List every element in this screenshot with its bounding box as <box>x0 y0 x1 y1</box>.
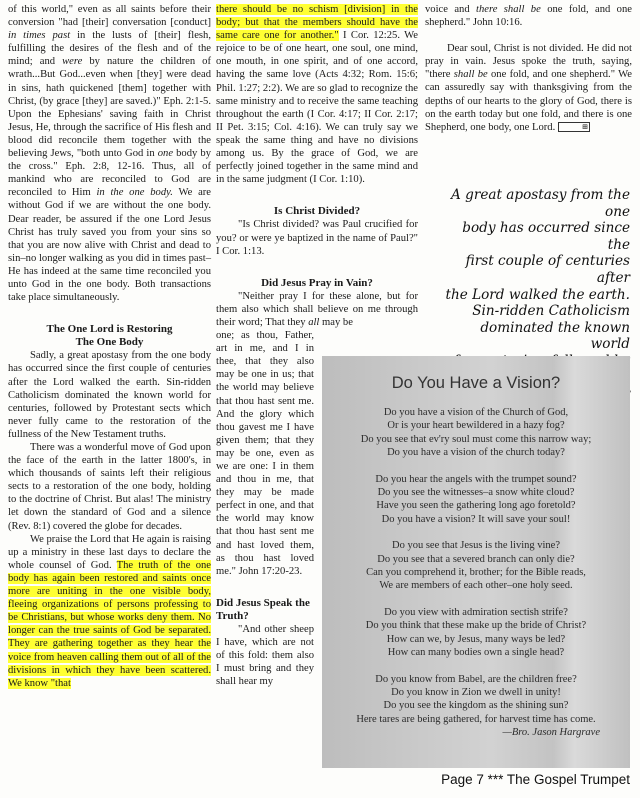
text-run: voice and <box>425 4 476 15</box>
poem-line: How can we, by Jesus, many ways be led? <box>322 633 630 646</box>
text-run-italic: were <box>62 56 82 67</box>
paragraph-praise: We praise the Lord that He again is rais… <box>8 533 211 690</box>
poem-line: Do you see that a severed branch can onl… <box>322 553 630 566</box>
paragraph-ephesians: of this world," even as all saints befor… <box>8 3 211 304</box>
poem-title: Do You Have a Vision? <box>322 374 630 393</box>
poem-line: Do you know in Zion we dwell in unity! <box>322 686 630 699</box>
paragraph-other-sheep: "And other sheep I have, which are not o… <box>216 623 314 688</box>
poem-line: How can many bodies own a single head? <box>322 646 630 659</box>
poem-stanza: Do you view with admiration sectish stri… <box>322 606 630 660</box>
text-run: of this world," even as all saints befor… <box>8 4 211 28</box>
poem-line: Or is your heart bewildered in a hazy fo… <box>322 419 630 432</box>
poem-author: —Bro. Jason Hargrave <box>322 727 630 738</box>
poem-line: Do you see the kingdom as the shining su… <box>322 699 630 712</box>
end-of-article-icon: ⊞ <box>558 122 590 132</box>
poem-line: Can you comprehend it, brother; for the … <box>322 566 630 579</box>
poem-line: Do you see that Jesus is the living vine… <box>322 539 630 552</box>
text-run: We are without God if we are without the… <box>8 187 211 303</box>
section-heading-christ-divided: Is Christ Divided? <box>216 205 418 218</box>
poem-stanza: Do you hear the angels with the trumpet … <box>322 473 630 527</box>
poem-line: Here tares are being gathered, for harve… <box>322 713 630 726</box>
paragraph-pray-in-vain: "Neither pray I for these alone, but for… <box>216 290 418 329</box>
text-run: by nature the children of wrath...But Go… <box>8 56 211 159</box>
paragraph-john-17: one; as thou, Father, art in me, and I i… <box>216 329 314 578</box>
section-heading-speak-truth: Did Jesus Speak the Truth? <box>216 597 314 623</box>
paragraph-move-of-god: There was a wonderful move of God upon t… <box>8 441 211 533</box>
poem-stanza: Do you see that Jesus is the living vine… <box>322 539 630 593</box>
heading-line: The One Lord is Restoring <box>47 323 173 335</box>
paragraph-apostasy: Sadly, a great apostasy from the one bod… <box>8 349 211 441</box>
pull-quote-line: first couple of centuries after <box>440 253 630 286</box>
pull-quote-line: body has occurred since the <box>440 220 630 253</box>
poem-line: We are members of each other–one holy se… <box>322 579 630 592</box>
poem-line: Do you have a vision? It will save your … <box>322 513 630 526</box>
article-column-1: of this world," even as all saints befor… <box>8 3 211 690</box>
paragraph-dear-soul: Dear soul, Christ is not divided. He did… <box>425 42 632 134</box>
poem-line: Do you view with admiration sectish stri… <box>322 606 630 619</box>
paragraph-christ-divided: "Is Christ divided? was Paul crucified f… <box>216 218 418 257</box>
page-footer: Page 7 *** The Gospel Trumpet <box>441 772 630 787</box>
text-run-italic: in times past <box>8 30 70 41</box>
paragraph-one-fold: voice and there shall be one fold, and o… <box>425 3 632 29</box>
text-run-italic: all <box>308 317 319 328</box>
section-heading-restoring: The One Lord is Restoring The One Body <box>8 323 211 349</box>
article-column-3: voice and there shall be one fold, and o… <box>425 3 632 134</box>
text-run-italic: one <box>158 148 173 159</box>
poem-stanza: Do you have a vision of the Church of Go… <box>322 406 630 460</box>
pull-quote-line: A great apostasy from the one <box>440 187 630 220</box>
poem-stanza: Do you know from Babel, are the children… <box>322 673 630 727</box>
pull-quote-line: the Lord walked the earth. <box>440 287 630 304</box>
poem-box: Do You Have a Vision? Do you have a visi… <box>322 356 630 768</box>
heading-line: The One Body <box>76 336 144 348</box>
text-run-italic: in the one body. <box>96 187 172 198</box>
poem-line: Have you seen the gathering long ago for… <box>322 499 630 512</box>
poem-line: Do you have a vision of the church today… <box>322 446 630 459</box>
poem-line: Do you know from Babel, are the children… <box>322 673 630 686</box>
poem-line: Do you see that ev'ry soul must come thi… <box>322 433 630 446</box>
text-run: may be <box>319 317 353 328</box>
highlighted-text: The truth of the one body has again been… <box>8 560 211 689</box>
poem-line: Do you see the witnesses–a snow white cl… <box>322 486 630 499</box>
pull-quote-line: Sin-ridden Catholicism <box>440 303 630 320</box>
section-heading-pray-in-vain: Did Jesus Pray in Vain? <box>216 277 418 290</box>
paragraph-no-schism: there should be no schism [division] in … <box>216 3 418 186</box>
text-run-italic: there shall be <box>476 4 541 15</box>
poem-line: Do you hear the angels with the trumpet … <box>322 473 630 486</box>
poem-line: Do you think that these make up the brid… <box>322 619 630 632</box>
text-run-italic: shall be <box>454 69 488 80</box>
pull-quote-line: dominated the known world <box>440 320 630 353</box>
text-run: I Cor. 12:25. We rejoice to be of one he… <box>216 30 418 185</box>
poem-line: Do you have a vision of the Church of Go… <box>322 406 630 419</box>
